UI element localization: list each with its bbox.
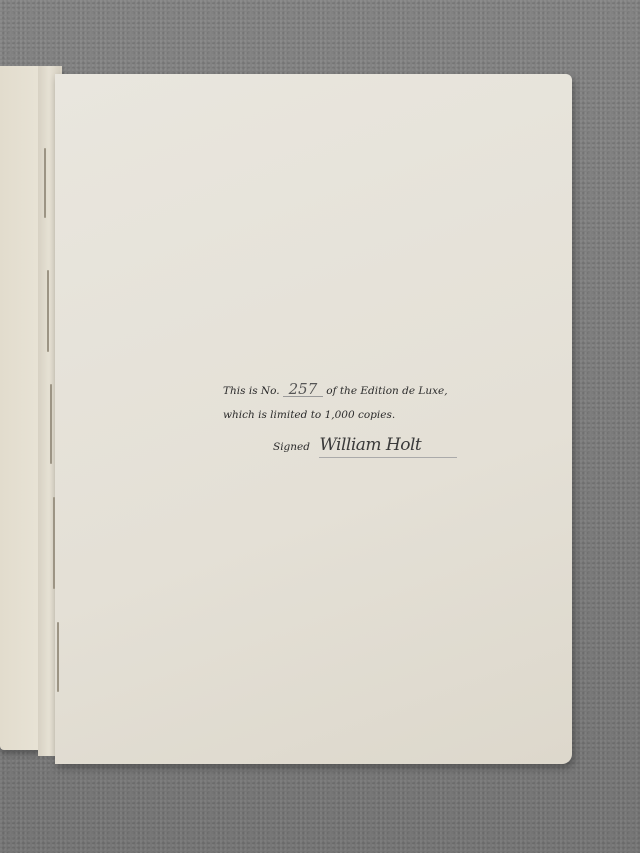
signed-row: Signed William Holt xyxy=(273,433,457,459)
binding-stitch xyxy=(57,622,59,692)
edition-line-1: This is No. 257 of the Edition de Luxe, xyxy=(223,379,457,403)
binding-stitch xyxy=(47,270,49,352)
signature: William Holt xyxy=(319,433,457,458)
edition-suffix: of the Edition de Luxe, xyxy=(326,385,447,397)
binding-stitch xyxy=(50,384,52,464)
edition-line-2: which is limited to 1,000 copies. xyxy=(223,403,457,427)
signed-label: Signed xyxy=(273,441,310,453)
edition-number: 257 xyxy=(283,382,323,397)
binding-stitch xyxy=(53,497,55,589)
binding-stitch xyxy=(44,148,46,218)
edition-notice: This is No. 257 of the Edition de Luxe, … xyxy=(223,379,457,459)
edition-prefix: This is No. xyxy=(223,385,280,397)
